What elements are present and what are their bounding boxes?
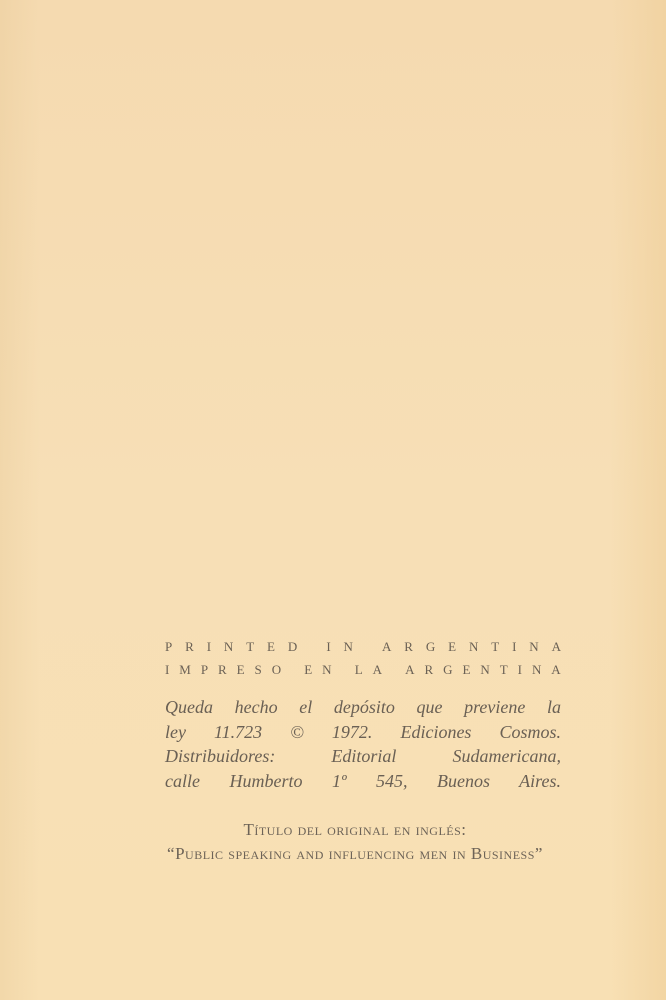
impreso-letter (342, 661, 345, 679)
impreso-letter: L (355, 661, 363, 679)
printed-letter: I (512, 638, 516, 656)
impreso-letter: E (462, 661, 470, 679)
impreso-letter: A (551, 661, 560, 679)
printed-letter (310, 638, 313, 656)
impreso-letter: A (373, 661, 382, 679)
printed-letter: R (404, 638, 413, 656)
original-title-label: Título del original en inglés: (70, 818, 640, 842)
impreso-letter: N (532, 661, 541, 679)
printed-letter: T (491, 638, 499, 656)
printed-letter: A (552, 638, 561, 656)
impreso-letter (392, 661, 395, 679)
printed-letter: N (224, 638, 233, 656)
impreso-letter: P (201, 661, 208, 679)
printed-letter: G (426, 638, 435, 656)
printed-letter: I (207, 638, 211, 656)
printed-letter: A (382, 638, 391, 656)
impreso-letter: E (304, 661, 312, 679)
book-page: PRINTED IN ARGENTINA IMPRESO EN LA ARGEN… (0, 0, 666, 1000)
legal-line-1: Queda hecho el depósito que previene la (165, 695, 561, 720)
printed-letter: E (448, 638, 456, 656)
legal-line-2: ley 11.723 © 1972. Ediciones Cosmos. (165, 720, 561, 745)
impreso-letter: N (480, 661, 489, 679)
impreso-en-la-argentina: IMPRESO EN LA ARGENTINA (165, 661, 561, 679)
printed-letter: E (267, 638, 275, 656)
printed-letter: R (185, 638, 194, 656)
original-title: “Public speaking and influencing men in … (70, 842, 640, 866)
impreso-letter: O (272, 661, 281, 679)
impreso-letter: M (179, 661, 191, 679)
impreso-letter: S (255, 661, 262, 679)
printed-in-argentina: PRINTED IN ARGENTINA (165, 638, 561, 656)
impreso-letter: G (443, 661, 452, 679)
printed-letter: D (288, 638, 297, 656)
printed-letter: N (469, 638, 478, 656)
printed-letter (366, 638, 369, 656)
legal-line-4: calle Humberto 1º 545, Buenos Aires. (165, 769, 561, 794)
impreso-letter: T (500, 661, 508, 679)
legal-deposit-notice: Queda hecho el depósito que previene la … (165, 695, 561, 793)
impreso-letter: I (165, 661, 169, 679)
printed-letter: T (246, 638, 254, 656)
impreso-letter: R (218, 661, 227, 679)
impreso-letter (291, 661, 294, 679)
impreso-letter: E (237, 661, 245, 679)
printed-letter: I (326, 638, 330, 656)
legal-line-3: Distribuidores: Editorial Sudamericana, (165, 744, 561, 769)
impreso-letter: I (518, 661, 522, 679)
impreso-letter: R (425, 661, 434, 679)
original-title-block: Título del original en inglés: “Public s… (70, 818, 640, 866)
printed-letter: N (344, 638, 353, 656)
printed-letter: P (165, 638, 172, 656)
printed-letter: N (529, 638, 538, 656)
impreso-letter: N (322, 661, 331, 679)
impreso-letter: A (405, 661, 414, 679)
